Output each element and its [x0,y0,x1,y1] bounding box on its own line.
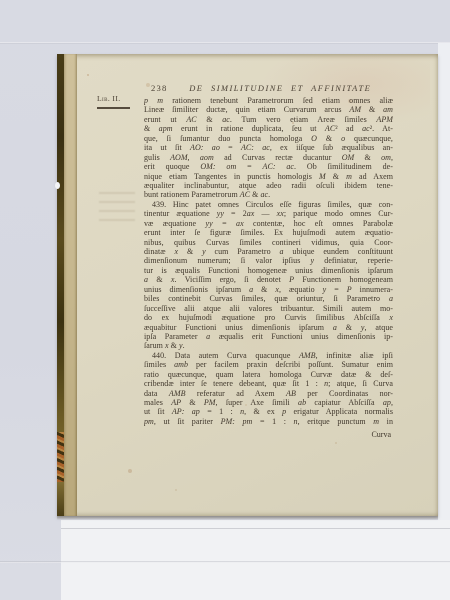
text-line: ratio quæcunque, quam latera homologa Cu… [144,370,393,379]
text-line: Lineæ ſimiliter ductæ, quin etiam Curvar… [144,105,393,114]
running-title: DE SIMILITUDINE ET AFFINITATE [168,84,394,93]
text-line: p m rationem tenebunt Parametrorum ſed e… [144,96,393,105]
text-line: males AP & PM, ſuper Axe ſimili ab capia… [144,398,393,407]
mat-bevel-edge [61,528,450,529]
text-line: ut ſit AP: ap = 1 : n, & ex p erigatur A… [144,407,393,416]
text-line: erit quoque OM: om = AC: ac. Ob ſimilitu… [144,162,393,171]
text-line: ſimiles amb per facilem praxin deſcribi … [144,360,393,369]
foxing-spots [87,74,89,76]
page-number: 238 [151,83,168,93]
text-line: do ex hujuſmodi æquatione pro Curvis ſim… [144,313,393,322]
book-fore-edge-strip [57,54,64,516]
mat-crease-bottom [0,561,450,563]
text-block: 238 DE SIMILITUDINE ET AFFINITATE p m ra… [144,83,393,439]
text-line: tinentur æquatione yy = 2ax — xx; pariqu… [144,209,393,218]
text-line: ſarum x & y. [144,341,393,350]
edge-speck [55,182,60,189]
text-line: & apm erunt in ratione duplicata, ſeu ut… [144,124,393,133]
text-line: bunt rationem Parametrorum AC & ac. [144,190,393,199]
marbled-edge-specks [57,432,64,482]
text-line: 440. Data autem Curva quacunque AMB, inf… [144,351,393,360]
scanned-book-photo: Lib. II. 238 DE SIMILITUDINE ET AFFINITA… [0,0,450,600]
mat-crease-top [0,42,450,44]
text-line: 439. Hinc patet omnes Circulos eſſe figu… [144,200,393,209]
text-line: cribendæ inter ſe tenere debeant, quæ ſi… [144,379,393,388]
text-line: nibus, quibus Curvas ſimiles contineri v… [144,238,393,247]
paragraph: 439. Hinc patet omnes Circulos eſſe figu… [144,200,393,351]
page-edge-stack [64,54,77,516]
text-line: væ æquatione yy = ax contentæ, hoc eſt o… [144,219,393,228]
text-line: nique etiam Tangentes in punctis homolog… [144,172,393,181]
ink-showthrough [99,192,135,222]
running-head: 238 DE SIMILITUDINE ET AFFINITATE [144,83,393,94]
text-line: ſucceſſive alii atque alii valores tribu… [144,304,393,313]
margin-note: Lib. II. [97,94,149,103]
text-line: que, ſi ſumantur duo puncta homologa O &… [144,134,393,143]
text-line: a & x. Viciſſim ergo, ſi denotet P Funct… [144,275,393,284]
mat-panel-bottom [61,520,450,600]
book-page: Lib. II. 238 DE SIMILITUDINE ET AFFINITA… [57,54,438,516]
text-line: æqualiter inclinabuntur, atque adeo radi… [144,181,393,190]
text-line: æquabitur Functioni unius dimenſionis ip… [144,323,393,332]
margin-note-rule [97,107,130,109]
text-line: dinatæ x & y cum Parametro a ubique eund… [144,247,393,256]
paragraph: 440. Data autem Curva quacunque AMB, inf… [144,351,393,427]
catchword: Curva [144,430,393,439]
text-line: ita ut ſit AO: ao = AC: ac, ex iiſque ſu… [144,143,393,152]
text-line: data AMB referatur ad Axem AB per Coordi… [144,389,393,398]
text-line: gulis AOM, aom ad Curvas rectæ ducantur … [144,153,393,162]
page-drop-shadow [57,516,438,520]
paragraphs: p m rationem tenebunt Parametrorum ſed e… [144,96,393,426]
text-line: dimenſionum numerum; ſi valor ipſius y d… [144,256,393,265]
text-line: pm, ut ſit pariter PM: pm = 1 : n, eritq… [144,417,393,426]
text-line: ipſa Parameter a æqualis erit Functioni … [144,332,393,341]
text-line: tur is æqualis Functioni homogeneæ unius… [144,266,393,275]
text-line: biles continebit Curvas ſimiles, quæ ori… [144,294,393,303]
text-line: erunt inter ſe figuræ ſimiles. Ex hujuſm… [144,228,393,237]
text-line: erunt ut AC & ac. Tum vero etiam Areæ ſi… [144,115,393,124]
paragraph: p m rationem tenebunt Parametrorum ſed e… [144,96,393,200]
mat-panel-right [438,43,450,521]
text-line: unius dimenſionis ipſarum a & x, æquatio… [144,285,393,294]
